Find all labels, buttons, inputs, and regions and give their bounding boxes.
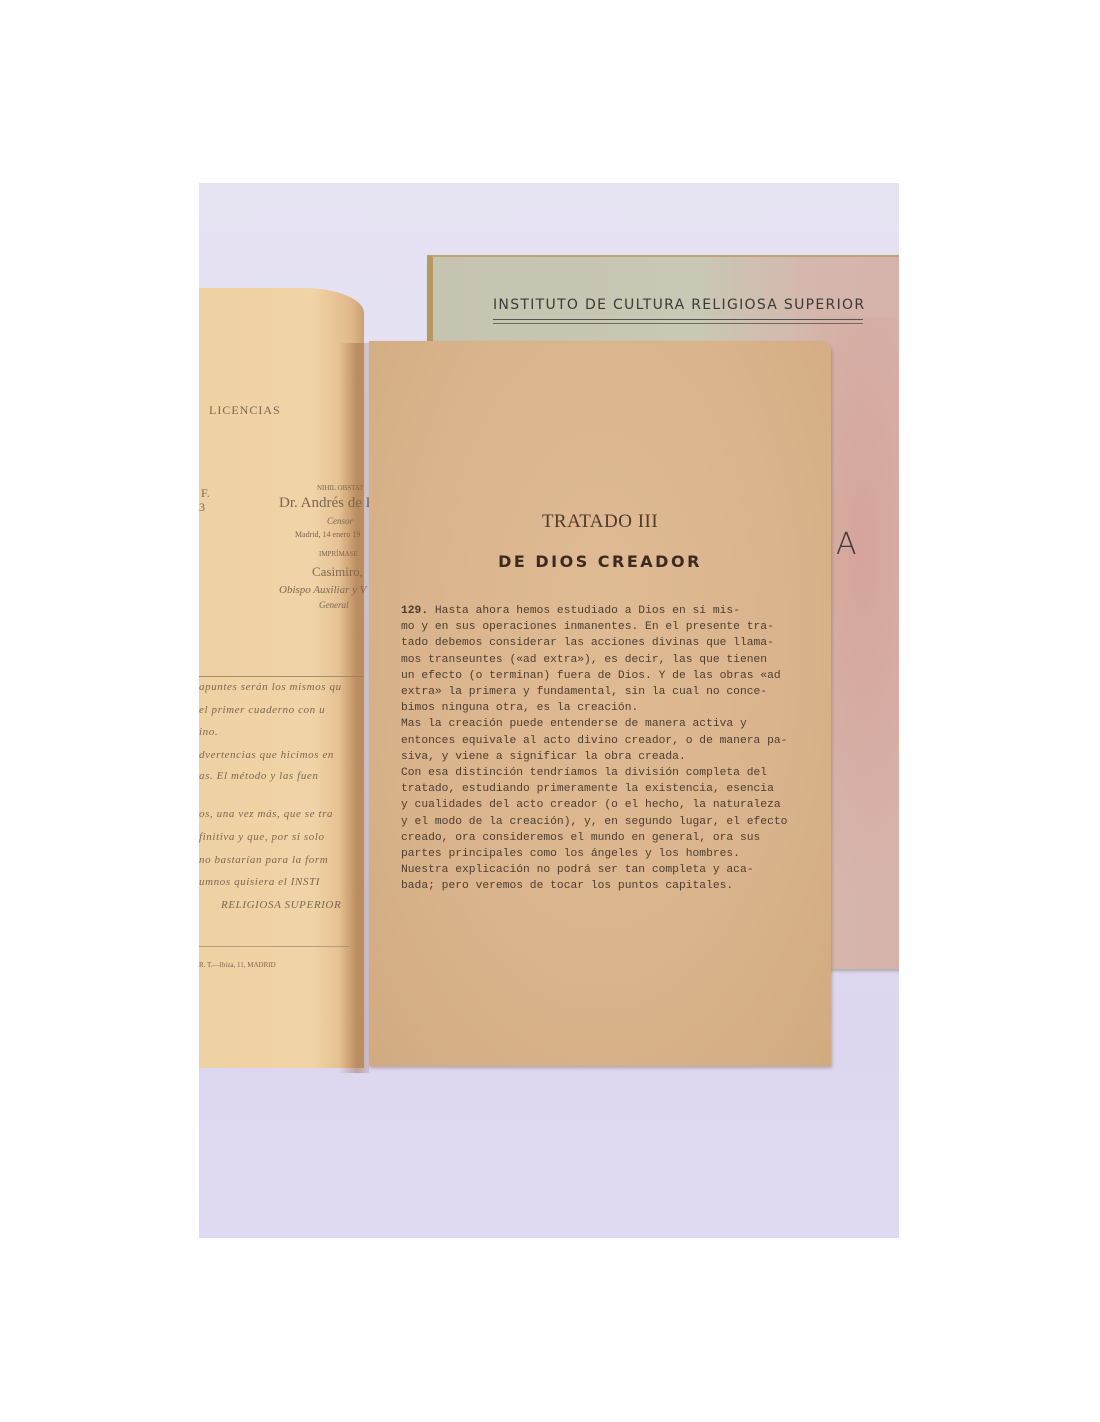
body-text: 129. Hasta ahora hemos estudiado a Dios …	[401, 603, 791, 895]
body-line: Nuestra explicación no podrá ser tan com…	[401, 862, 791, 878]
book-spine-shadow	[339, 343, 369, 1073]
body-line: tratado, estudiando primeramente la exis…	[401, 781, 791, 797]
licenses-heading: LICENCIAS	[209, 403, 281, 418]
body-line: partes principales como los ángeles y lo…	[401, 846, 791, 862]
printer-line: R. T.—Ibiza, 11, MADRID	[199, 961, 276, 969]
cover-partial-letter: A	[836, 527, 857, 562]
body-line: tado debemos considerar las acciones div…	[401, 635, 791, 651]
intro-line: ino.	[199, 726, 218, 738]
chapter-title: DE DIOS CREADOR	[369, 552, 831, 571]
cover-rule-secondary	[493, 323, 863, 324]
intro-line: os, una vez más, que se tra	[199, 808, 333, 820]
intro-line: el primer cuaderno con u	[199, 704, 325, 716]
body-line: siva, y viene a significar la obra cread…	[401, 749, 791, 765]
body-line: mo y en sus operaciones inmanentes. En e…	[401, 619, 791, 635]
left-footer-divider	[199, 946, 349, 947]
intro-line: apuntes serán los mismos qu	[199, 681, 342, 693]
body-line: y el modo de la creación), y, en segundo…	[401, 814, 791, 830]
cover-rule	[493, 319, 863, 320]
body-line: entonces equivale al acto divino creador…	[401, 733, 791, 749]
body-line: mos transeuntes («ad extra»), es decir, …	[401, 652, 791, 668]
intro-line: umnos quisiera el INSTI	[199, 876, 320, 888]
body-line: bimos ninguna otra, es la creación.	[401, 700, 791, 716]
fragment-f: F.	[201, 486, 210, 501]
intro-line: finitiva y que, por si solo	[199, 831, 325, 843]
body-line: Con esa distinción tendríamos la divisió…	[401, 765, 791, 781]
intro-line: dvertencias que hicimos en	[199, 749, 334, 761]
intro-line: RELIGIOSA SUPERIOR	[221, 899, 341, 911]
body-line: bada; pero veremos de tocar los puntos c…	[401, 878, 791, 894]
body-line: un efecto (o terminan) fuera de Dios. Y …	[401, 668, 791, 684]
cover-title: INSTITUTO DE CULTURA RELIGIOSA SUPERIOR	[493, 297, 865, 313]
body-line: y cualidades del acto creador (o el hech…	[401, 797, 791, 813]
body-line: Mas la creación puede entenderse de mane…	[401, 716, 791, 732]
intro-line: no bastarían para la form	[199, 854, 328, 866]
fragment-3: 3	[199, 500, 205, 515]
treatise-number: TRATADO III	[369, 511, 831, 533]
intro-line: as. El método y las fuen	[199, 770, 319, 782]
body-line: extra» la primera y fundamental, sin la …	[401, 684, 791, 700]
body-line: creado, ora consideremos el mundo en gen…	[401, 830, 791, 846]
book-photo: INSTITUTO DE CULTURA RELIGIOSA SUPERIOR …	[199, 183, 899, 1238]
right-page: TRATADO III DE DIOS CREADOR 129. Hasta a…	[369, 341, 831, 1066]
paragraph-number: 129.	[401, 605, 435, 617]
body-line: 129. Hasta ahora hemos estudiado a Dios …	[401, 603, 791, 619]
